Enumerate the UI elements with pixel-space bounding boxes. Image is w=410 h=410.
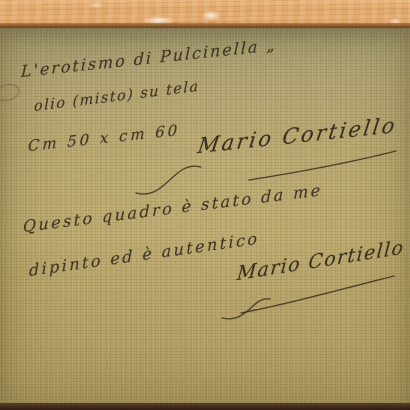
authenticity-statement-line1: Questo quadro è stato da me	[23, 180, 323, 236]
artist-signature-bottom: Mario Cortiello	[236, 236, 405, 285]
signature-top-underline	[249, 151, 396, 180]
signature-bottom-intro-curl	[222, 299, 270, 319]
signature-top-intro-curl	[136, 166, 201, 194]
inscription-title-line: L'erotismo di Pulcinella „	[21, 35, 277, 81]
inscription-layer: L'erotismo di Pulcinella „ olio (misto) …	[0, 0, 410, 410]
inscription-medium-line: olio (misto) su tela	[34, 79, 200, 115]
painting-back-photo: L'erotismo di Pulcinella „ olio (misto) …	[0, 0, 410, 410]
inscription-size-line: Cm 50 x cm 60	[28, 121, 181, 155]
artist-signature-top: Mario Cortiello	[196, 113, 398, 158]
authenticity-statement-line2: dipinto ed è autentico	[29, 229, 259, 281]
signature-bottom-underline	[241, 276, 394, 313]
